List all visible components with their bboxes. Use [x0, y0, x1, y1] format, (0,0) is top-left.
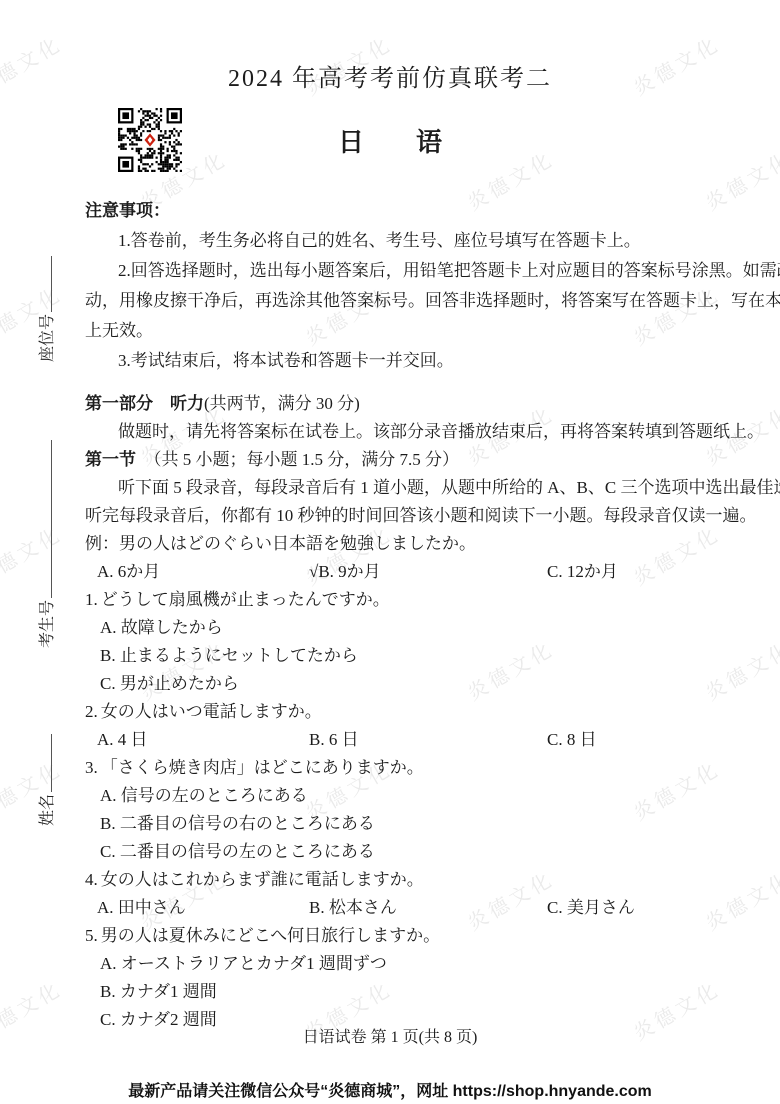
example-option-b-checked: √B. 9か月	[309, 558, 547, 586]
notice-heading: 注意事项：	[85, 196, 745, 226]
question-number: 3.	[85, 758, 98, 777]
example-option-a: A. 6か月	[97, 558, 309, 586]
part1-score: (共两节，满分 30 分)	[204, 394, 360, 413]
option-item: B. 6 日	[309, 726, 547, 754]
example-options-row: A. 6か月 √B. 9か月 C. 12か月	[85, 558, 745, 586]
option-item: B. 二番目の信号の右のところにある	[85, 810, 745, 838]
margin-field-candidate-number: 考生号	[36, 426, 60, 648]
notice-line: 上无效。	[85, 316, 745, 346]
notice-line: 动，用橡皮擦干净后，再选涂其他答案标号。回答非选择题时，将答案写在答题卡上，写在…	[85, 286, 745, 316]
example-option-c: C. 12か月	[547, 558, 618, 586]
question-prompt-line: 2.女の人はいつ電話しますか。	[85, 698, 745, 726]
option-item: A. 信号の左のところにある	[85, 782, 745, 810]
options-row: A. 田中さん B. 松本さん C. 美月さん	[85, 894, 745, 922]
option-item: C. 8 日	[547, 726, 597, 754]
example-prompt: 例：男の人はどのぐらい日本語を勉強しましたか。	[85, 530, 745, 558]
question-prompt-line: 5.男の人は夏休みにどこへ何日旅行しますか。	[85, 922, 745, 950]
option-item: A. 田中さん	[97, 894, 309, 922]
subject-title: 日 语	[0, 122, 780, 159]
question-prompt: 「さくら焼き肉店」はどこにありますか。	[101, 758, 424, 777]
candidate-number-label: 考生号	[39, 600, 56, 648]
question-number: 1.	[85, 590, 98, 609]
question-prompt: どうして扇風機が止まったんですか。	[101, 590, 390, 609]
section1-heading: 第一节	[85, 450, 136, 469]
question-number: 4.	[85, 870, 98, 889]
part1-heading: 第一部分 听力	[85, 394, 204, 413]
margin-field-name: 姓名	[36, 714, 60, 826]
option-item: C. 男が止めたから	[85, 670, 745, 698]
seat-number-label: 座位号	[39, 314, 56, 362]
listening-section: 第一部分 听力(共两节，满分 30 分) 做题时，请先将答案标在试卷上。该部分录…	[85, 390, 745, 1034]
exam-paper-page: 炎德文化炎德文化炎德文化炎德文化炎德文化炎德文化炎德文化炎德文化炎德文化炎德文化…	[0, 0, 780, 1104]
question-prompt: 男の人は夏休みにどこへ何日旅行しますか。	[101, 926, 440, 945]
question-number: 2.	[85, 702, 98, 721]
question-prompt-line: 4.女の人はこれからまず誰に電話しますか。	[85, 866, 745, 894]
notice-line: 2.回答选择题时，选出每小题答案后，用铅笔把答题卡上对应题目的答案标号涂黑。如需…	[85, 256, 745, 286]
section1-score: （共 5 小题；每小题 1.5 分，满分 7.5 分）	[153, 450, 459, 469]
promo-footer: 最新产品请关注微信公众号“炎德商城”，网址 https://shop.hnyan…	[0, 1078, 780, 1101]
section1-intro-line1: 听下面 5 段录音，每段录音后有 1 道小题，从题中所给的 A、B、C 三个选项…	[85, 474, 745, 502]
section1-heading-line: 第一节 （共 5 小题；每小题 1.5 分，满分 7.5 分）	[85, 446, 745, 474]
main-content: 注意事项： 1.答卷前，考生务必将自己的姓名、考生号、座位号填写在答题卡上。 2…	[85, 196, 745, 1034]
option-item: B. 止まるようにセットしてたから	[85, 642, 745, 670]
part1-heading-line: 第一部分 听力(共两节，满分 30 分)	[85, 390, 745, 418]
page-number-footer: 日语试卷 第 1 页(共 8 页)	[0, 1024, 780, 1047]
notice-line: 1.答卷前，考生务必将自己的姓名、考生号、座位号填写在答题卡上。	[85, 226, 745, 256]
question-number: 5.	[85, 926, 98, 945]
options-row: A. 4 日 B. 6 日 C. 8 日	[85, 726, 745, 754]
section1-intro-line2: 听完每段录音后，你都有 10 秒钟的时间回答该小题和阅读下一小题。每段录音仅读一…	[85, 502, 745, 530]
notice-line: 3.考试结束后，将本试卷和答题卡一并交回。	[85, 346, 745, 376]
question-prompt-line: 3.「さくら焼き肉店」はどこにありますか。	[85, 754, 745, 782]
question-prompt: 女の人はこれからまず誰に電話しますか。	[101, 870, 424, 889]
option-item: C. 美月さん	[547, 894, 635, 922]
option-item: A. オーストラリアとカナダ1 週間ずつ	[85, 950, 745, 978]
question-prompt-line: 1.どうして扇風機が止まったんですか。	[85, 586, 745, 614]
seat-number-blank	[37, 256, 52, 312]
option-item: B. 松本さん	[309, 894, 547, 922]
exam-title: 2024 年高考考前仿真联考二	[0, 58, 780, 93]
option-item: B. カナダ1 週間	[85, 978, 745, 1006]
candidate-number-blank	[37, 440, 52, 598]
question-prompt: 女の人はいつ電話しますか。	[101, 702, 322, 721]
name-label: 姓名	[39, 794, 56, 826]
option-item: C. 二番目の信号の左のところにある	[85, 838, 745, 866]
part1-intro: 做题时，请先将答案标在试卷上。该部分录音播放结束后，再将答案转填到答题纸上。	[85, 418, 745, 446]
option-item: A. 故障したから	[85, 614, 745, 642]
name-blank	[37, 734, 52, 792]
margin-field-seat-number: 座位号	[36, 234, 60, 362]
option-item: A. 4 日	[97, 726, 309, 754]
